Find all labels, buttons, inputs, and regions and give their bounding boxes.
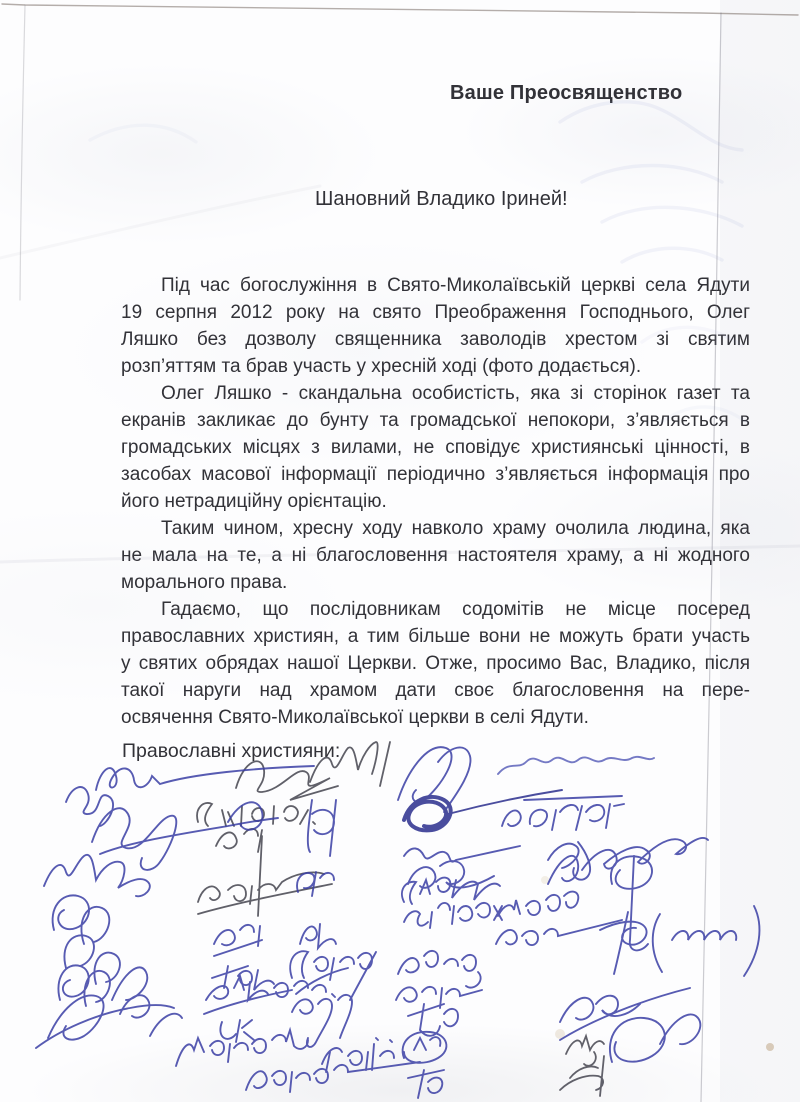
signature-stroke xyxy=(548,842,590,880)
ink-bleedthrough-ghost xyxy=(90,102,746,422)
signature-stroke xyxy=(66,787,113,826)
ghost-stroke xyxy=(560,102,742,150)
signature-stroke xyxy=(403,1032,447,1063)
signature-stroke xyxy=(36,1005,174,1048)
signatures-blue-ink xyxy=(36,747,759,1098)
signature-stroke xyxy=(220,1020,254,1042)
signature-stroke xyxy=(600,912,647,974)
signature-stroke xyxy=(496,920,622,945)
signature-stroke xyxy=(404,903,502,928)
signature-stroke xyxy=(214,925,262,956)
wrinkle-line xyxy=(0,186,320,258)
stain-spot xyxy=(766,1043,774,1051)
ghost-stroke xyxy=(662,407,746,422)
signature-stroke xyxy=(404,846,520,862)
ghost-stroke xyxy=(90,125,196,142)
signature-stroke xyxy=(292,995,352,1047)
signature-stroke xyxy=(197,803,315,826)
signature-stroke xyxy=(560,988,690,1040)
wrinkle-line xyxy=(0,546,800,562)
signature-stroke xyxy=(398,951,481,988)
scanned-letter-page: Ваше Преосвященство Шановний Владико Іри… xyxy=(0,0,800,1102)
signature-stroke xyxy=(96,766,314,790)
paper-top-edge xyxy=(2,4,798,15)
ghost-stroke xyxy=(622,248,722,262)
signature-stroke xyxy=(94,953,120,984)
signature-stroke xyxy=(300,924,336,948)
signature-stroke xyxy=(408,1004,458,1036)
signature-stroke xyxy=(308,800,336,856)
signature-stroke xyxy=(310,742,390,786)
signature-stroke xyxy=(502,796,624,830)
signature-stroke xyxy=(246,1062,420,1092)
signature-stroke xyxy=(408,1070,444,1098)
signature-stroke xyxy=(64,935,94,968)
signature-stroke xyxy=(92,808,176,870)
scan-artifacts-and-signatures xyxy=(0,0,800,1102)
ghost-stroke xyxy=(642,327,742,346)
signature-stroke xyxy=(653,906,760,976)
signature-stroke xyxy=(498,757,654,774)
signature-stroke xyxy=(290,951,376,1000)
signature-stroke xyxy=(44,855,150,896)
signature-stroke xyxy=(81,907,109,944)
signature-stroke xyxy=(498,892,578,916)
signature-stroke xyxy=(560,1036,604,1096)
paper-left-edge xyxy=(20,5,25,300)
signature-stroke xyxy=(404,797,451,830)
signature-stroke xyxy=(610,1014,700,1062)
signature-stroke xyxy=(120,995,182,1036)
ghost-stroke xyxy=(602,207,742,226)
signature-stroke xyxy=(53,895,89,930)
ghost-stroke xyxy=(582,166,722,183)
signature-stroke xyxy=(176,1030,308,1066)
